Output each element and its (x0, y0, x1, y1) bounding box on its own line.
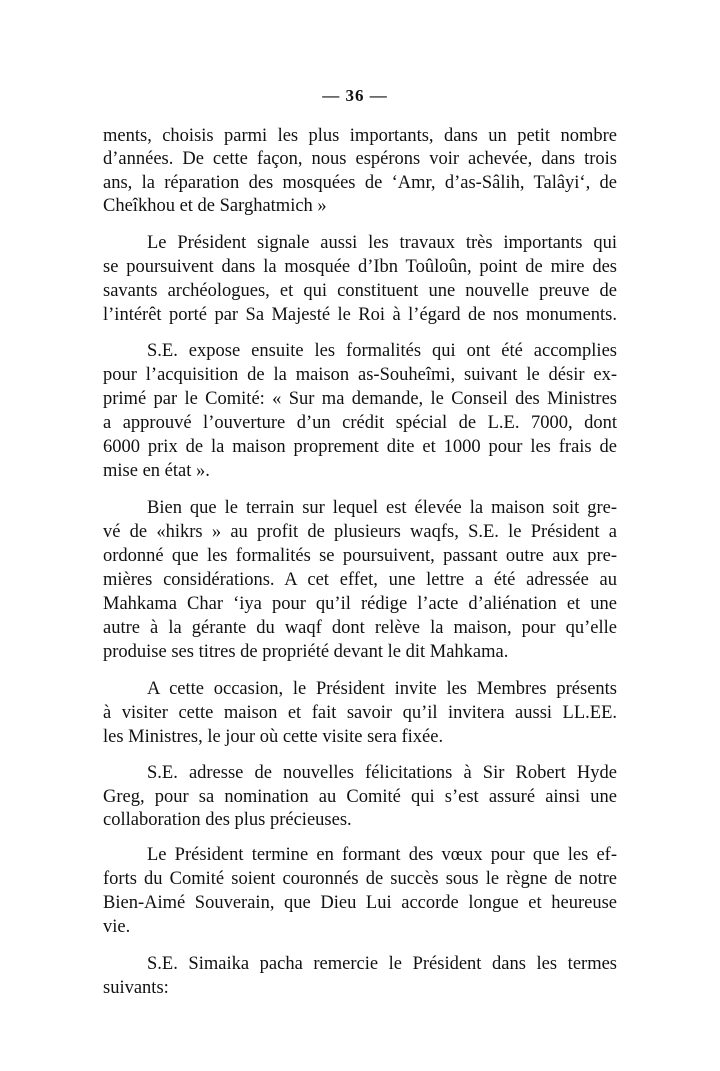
page-number: — 36 — (0, 86, 710, 106)
text-line: a approuvé l’ouverture d’un crédit spéci… (103, 411, 617, 435)
document-page: — 36 — ments, choisis parmi les plus imp… (0, 0, 720, 1071)
text-line: vie. (103, 915, 617, 939)
text-line: collaboration des plus précieuses. (103, 808, 617, 832)
text-line: se poursuivent dans la mosquée d’Ibn Toû… (103, 255, 617, 279)
text-line: Bien que le terrain sur lequel est élevé… (147, 496, 617, 520)
text-line: Greg, pour sa nomination au Comité qui s… (103, 785, 617, 809)
text-line: Le Président termine en formant des vœux… (147, 843, 617, 867)
text-line: 6000 prix de la maison proprement dite e… (103, 435, 617, 459)
text-line: suivants: (103, 976, 617, 1000)
text-line: l’intérêt porté par Sa Majesté le Roi à … (103, 303, 617, 327)
text-line: Cheîkhou et de Sarghatmich » (103, 194, 617, 218)
text-line: d’années. De cette façon, nous espérons … (103, 147, 617, 171)
text-line: ans, la réparation des mosquées de ‘Amr,… (103, 171, 617, 195)
text-line: Le Président signale aussi les travaux t… (147, 231, 617, 255)
text-line: ments, choisis parmi les plus importants… (103, 124, 617, 148)
text-line: ordonné que les formalités se poursuiven… (103, 544, 617, 568)
text-line: produise ses titres de propriété devant … (103, 640, 617, 664)
text-line: à visiter cette maison et fait savoir qu… (103, 701, 617, 725)
text-line: les Ministres, le jour où cette visite s… (103, 725, 617, 749)
text-line: savants archéologues, et qui constituent… (103, 279, 617, 303)
text-line: mise en état ». (103, 459, 617, 483)
text-line: forts du Comité soient couronnés de succ… (103, 867, 617, 891)
text-line: S.E. expose ensuite les formalités qui o… (147, 339, 617, 363)
text-line: S.E. Simaika pacha remercie le Président… (147, 952, 617, 976)
text-line: A cette occasion, le Président invite le… (147, 677, 617, 701)
text-line: Bien-Aimé Souverain, que Dieu Lui accord… (103, 891, 617, 915)
text-line: autre à la gérante du waqf dont relève l… (103, 616, 617, 640)
text-line: mières considérations. A cet effet, une … (103, 568, 617, 592)
text-line: S.E. adresse de nouvelles félicitations … (147, 761, 617, 785)
text-line: pour l’acquisition de la maison as-Souhe… (103, 363, 617, 387)
text-line: Mahkama Char ‘iya pour qu’il rédige l’ac… (103, 592, 617, 616)
text-line: primé par le Comité: « Sur ma demande, l… (103, 387, 617, 411)
text-line: vé de «hikrs » au profit de plusieurs wa… (103, 520, 617, 544)
